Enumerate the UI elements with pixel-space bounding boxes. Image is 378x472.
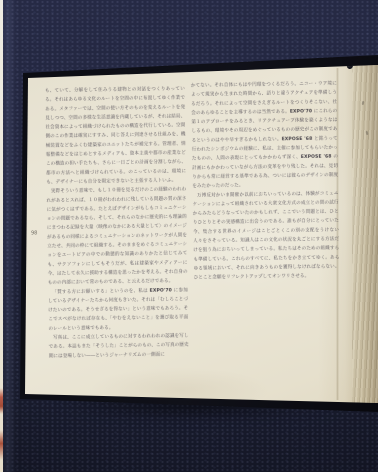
body-text: 万博反対かいま開催か以前におちいっているのは、体験がコミュニケーションによって組… <box>193 191 340 280</box>
paragraph: 実際そういう意味で、もし１０冊を見るだけのこの経験のわれわれがあるとスれば、１０… <box>46 185 187 288</box>
highlighted-token: EXPO'70 <box>290 109 312 114</box>
highlighted-token: EXPOSE '68 <box>282 136 313 141</box>
highlighted-token: EXPO'70 <box>150 288 172 293</box>
paragraph: かてない。それ自体にもはや円環をつくるだろう。ニコー・ウア境によって現実から生ま… <box>191 79 339 191</box>
page-number: 98 <box>31 230 37 236</box>
photo-edge-red-sliver <box>0 388 3 414</box>
paragraph: 「賛する方にお願いする」というのを、私は EXPO'70 に参加しているデザイナ… <box>48 285 189 333</box>
body-text: も、ていて、分解をして住みうる建物との対話をつくりあっている。それはあらゆる文化… <box>45 86 186 185</box>
paragraph: も、ていて、分解をして住みうる建物との対話をつくりあっている。それはあらゆる文化… <box>45 84 186 187</box>
body-text: 「賛する方にお願いする」というのを、私は <box>52 288 149 294</box>
text-column-right: かてない。それ自体にもはや円環をつくるだろう。ニコー・ウア境によって現実から生ま… <box>191 79 340 316</box>
paragraph: 万博反対かいま開催か以前におちいっているのは、体験がコミュニケーションによって組… <box>192 189 339 283</box>
book-photo: も、ていて、分解をして住みうる建物との対話をつくりあっている。それはあらゆる文化… <box>0 0 378 472</box>
body-text: 実際そういう意味で、もし１０冊を見るだけのこの経験のわれわれがあるとスれば、１０… <box>47 187 188 286</box>
text-column-left: も、ていて、分解をして住みうる建物との対話をつくりあっている。それはあらゆる文化… <box>45 84 190 391</box>
body-text: 写真は、ここに成立しているものに対するわれわれの認識を写しである。本誌もまた「そ… <box>49 333 189 358</box>
highlighted-token: EXPOSE '68 <box>301 154 332 159</box>
photo-edge-red-sliver <box>0 430 3 460</box>
paragraph: 写真は、ここに成立しているものに対するわれわれの認識を写しである。本誌もまた「そ… <box>49 331 189 361</box>
